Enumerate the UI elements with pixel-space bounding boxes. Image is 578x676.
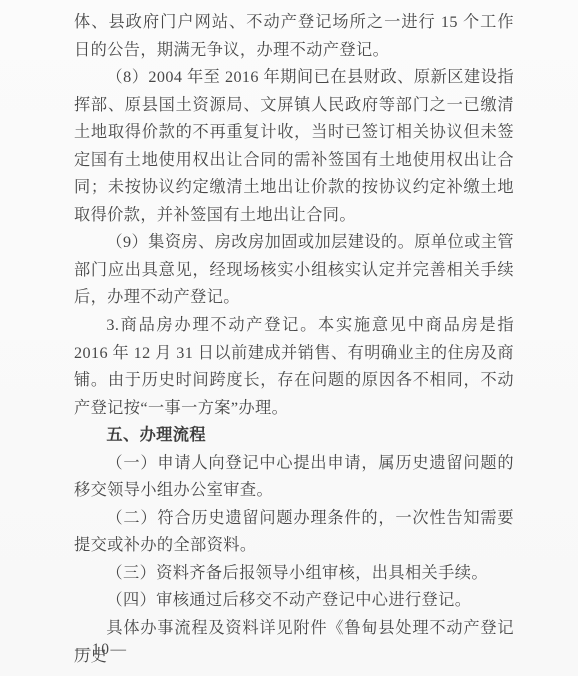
- paragraph-closing: 具体办事流程及资料详见附件《鲁甸县处理不动产登记历史: [74, 615, 514, 670]
- page-body-text: 体、县政府门户网站、不动产登记场所之一进行 15 个工作日的公告，期满无争议，办…: [74, 9, 514, 670]
- paragraph-item-9: （9）集资房、房改房加固或加层建设的。原单位或主管部门应出具意见，经现场核实小组…: [74, 229, 514, 312]
- paragraph-step-1: （一）申请人向登记中心提出申请，属历史遗留问题的移交领导小组办公室审查。: [74, 450, 514, 505]
- page-number: —10—: [75, 641, 128, 659]
- paragraph-continuation: 体、县政府门户网站、不动产登记场所之一进行 15 个工作日的公告，期满无争议，办…: [74, 9, 514, 64]
- paragraph-step-3: （三）资料齐备后报领导小组审核，出具相关手续。: [74, 560, 514, 588]
- paragraph-step-2: （二）符合历史遗留问题办理条件的，一次性告知需要提交或补办的全部资料。: [74, 505, 514, 560]
- section-heading-process: 五、办理流程: [74, 422, 514, 450]
- paragraph-item-8: （8）2004 年至 2016 年期间已在县财政、原新区建设指挥部、原县国土资源…: [74, 64, 514, 229]
- paragraph-step-4: （四）审核通过后移交不动产登记中心进行登记。: [74, 587, 514, 615]
- paragraph-commodity-housing: 3.商品房办理不动产登记。本实施意见中商品房是指 2016 年 12 月 31 …: [74, 312, 514, 422]
- document-page: 体、县政府门户网站、不动产登记场所之一进行 15 个工作日的公告，期满无争议，办…: [0, 0, 578, 676]
